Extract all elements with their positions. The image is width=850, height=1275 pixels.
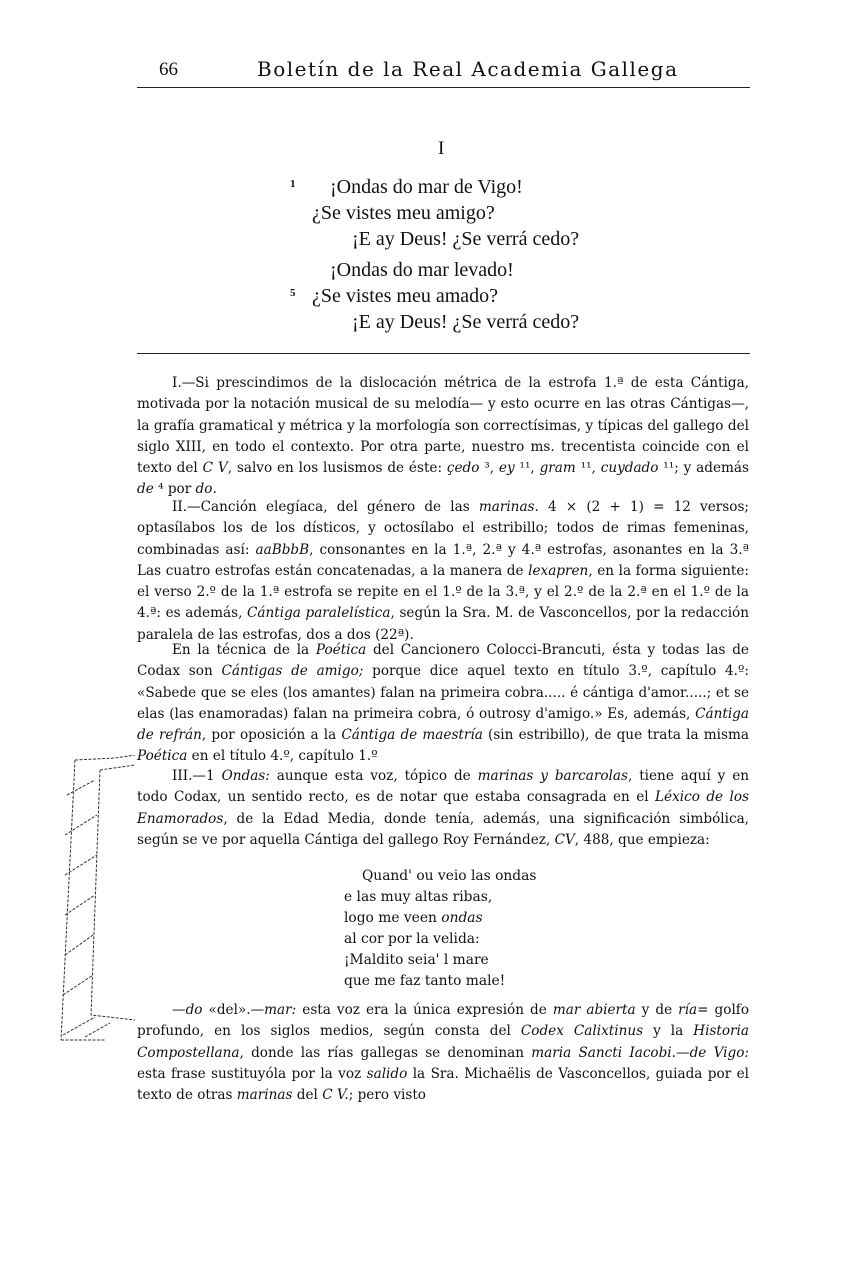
poem-line-1: ¡Ondas do mar de Vigo! (330, 176, 523, 199)
quote-line-2: e las muy altas ribas, (344, 889, 492, 905)
note-paragraph-5: —do «del».—mar: esta voz era la única ex… (137, 1000, 749, 1106)
page-header: 66 Boletín de la Real Academia Gallega (137, 55, 750, 91)
poem-line-3: ¡E ay Deus! ¿Se verrá cedo? (352, 228, 579, 251)
handwritten-margin-bracket-icon (55, 755, 135, 1045)
poem-line-4: ¡Ondas do mar levado! (330, 259, 514, 282)
note-paragraph-2: II.—Canción elegíaca, del género de las … (137, 497, 749, 646)
quote-line-1: Quand' ou veio las ondas (362, 868, 536, 884)
line-number-1: 1 (290, 178, 296, 190)
note-paragraph-4: III.—1 Ondas: aunque esta voz, tópico de… (137, 766, 749, 851)
quote-line-3: logo me veen ondas (344, 910, 483, 926)
poem-numeral: I (438, 138, 444, 160)
separator-rule (137, 353, 750, 354)
poem-line-2: ¿Se vistes meu amigo? (312, 202, 495, 225)
note-paragraph-1: I.—Si prescindimos de la dislocación mét… (137, 373, 749, 501)
quote-line-6: que me faz tanto male! (344, 973, 505, 989)
quote-line-4: al cor por la velida: (344, 931, 480, 947)
poem-line-5: ¿Se vistes meu amado? (312, 285, 498, 308)
running-title: Boletín de la Real Academia Gallega (257, 57, 679, 81)
page-number: 66 (159, 59, 178, 81)
poem-line-6: ¡E ay Deus! ¿Se verrá cedo? (352, 311, 579, 334)
note-paragraph-3: En la técnica de la Poética del Cancione… (137, 640, 749, 768)
header-rule (137, 87, 750, 88)
quote-line-5: ¡Maldito seia' l mare (344, 952, 489, 968)
line-number-5: 5 (290, 287, 296, 299)
